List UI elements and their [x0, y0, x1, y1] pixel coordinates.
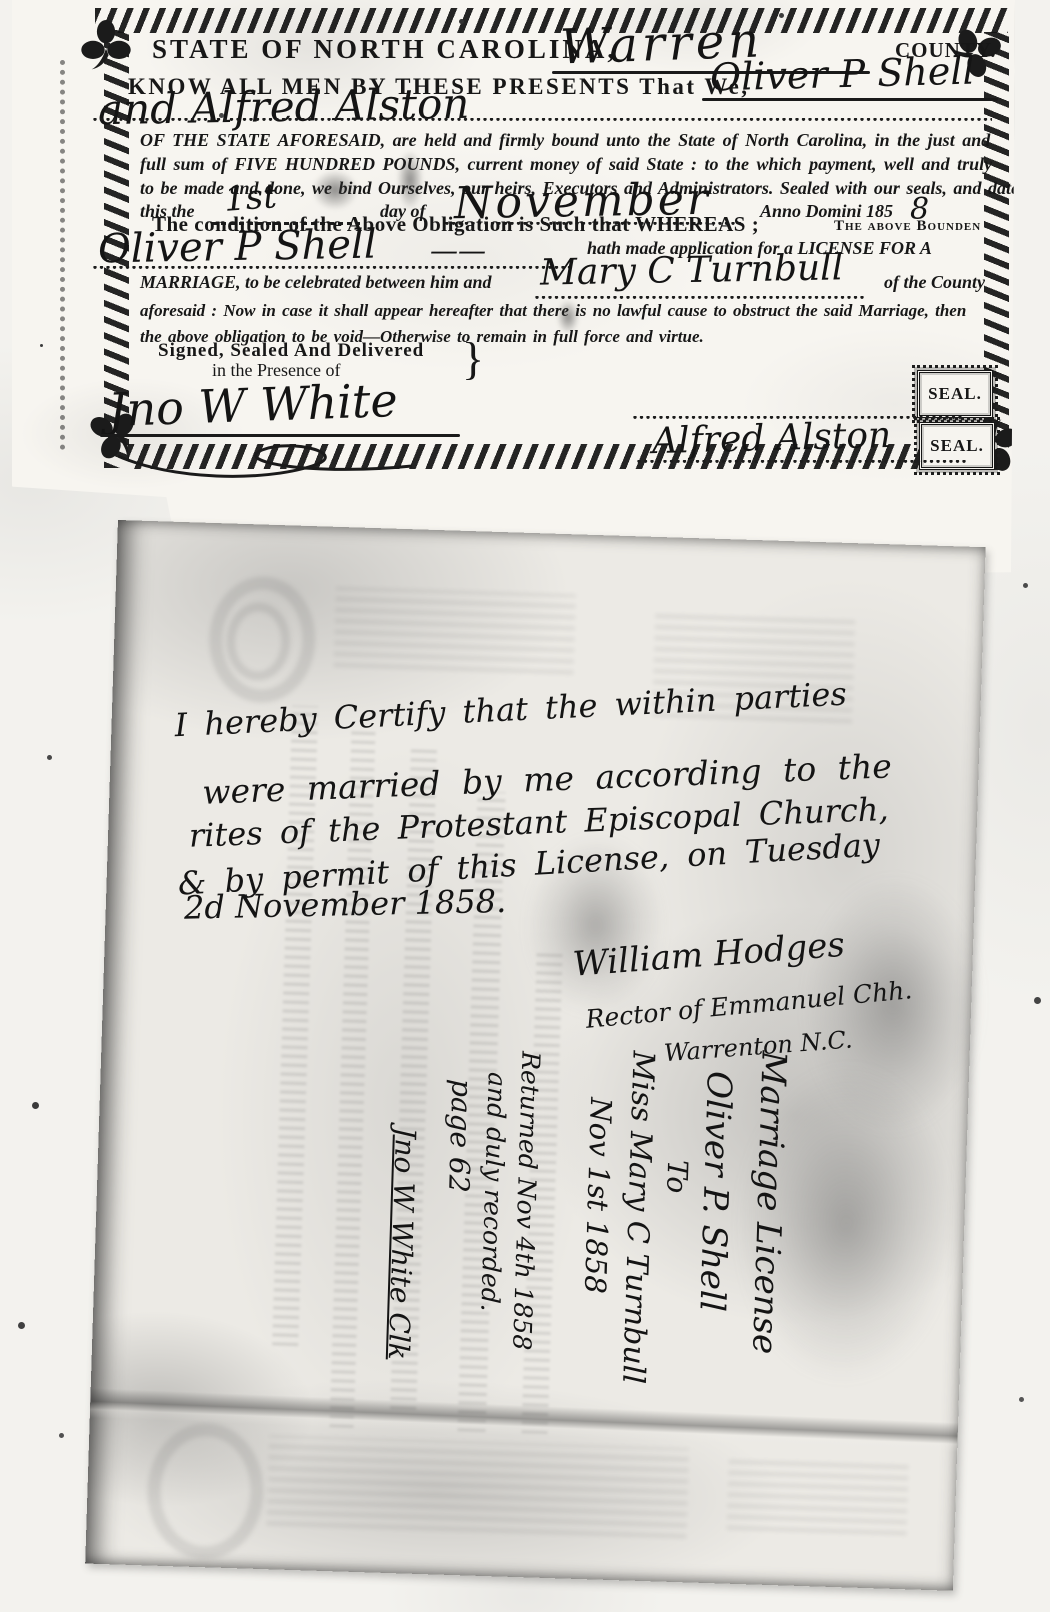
docket-groom-name: Oliver P. Shell [688, 1071, 739, 1410]
marriage-line-start: MARRIAGE, to be celebrated between him a… [140, 272, 492, 293]
bride-name-handwritten: Mary C Turnbull [540, 247, 844, 293]
seal-label: SEAL. [930, 436, 984, 456]
surety-wavy-line [92, 118, 992, 123]
bond-body-line-2: full sum of FIVE HUNDRED POUNDS, current… [140, 154, 992, 175]
corner-ornament-icon [80, 20, 132, 72]
scan-noise [40, 344, 43, 347]
seal-badge: SEAL. [917, 370, 993, 418]
bleedthrough-ornament [267, 1435, 690, 1538]
docket-returned-line-2: and duly recorded. [472, 1072, 511, 1403]
applicant-name-handwritten: Oliver P Shell [98, 222, 377, 273]
certificate-line-5: 2d November 1858. [184, 882, 507, 927]
bleedthrough-ornament [333, 587, 575, 674]
applicant-dash: —— [430, 234, 486, 267]
state-label: STATE OF NORTH CAROLINA, [152, 34, 617, 65]
signature-flourish [112, 436, 432, 482]
ink-smudge [557, 300, 579, 334]
bond-body-line-1: OF THE STATE AFORESAID, are held and fir… [140, 130, 990, 151]
docket-to-label: To [653, 1159, 694, 1408]
surety-line-handwritten: and Alfred Alston [98, 79, 470, 134]
presence-brace: } [462, 332, 484, 385]
seal-label: SEAL. [928, 384, 982, 404]
bounden-label: The above Bounden [834, 218, 981, 235]
docket-date: Nov 1st 1858 [574, 1097, 618, 1406]
surety-signature-line [636, 460, 966, 465]
ink-smudge [312, 170, 358, 210]
signed-sealed-label: Signed, Sealed And Delivered [158, 340, 424, 362]
witness-signature: Jno W White [107, 373, 398, 437]
docket-returned-line-1: Returned Nov 4th 1858 [505, 1051, 545, 1404]
principal-line [702, 98, 998, 101]
bleedthrough-ornament [145, 1421, 265, 1561]
surety-signature: Alfred Alston [652, 415, 892, 462]
docket-page-ref: page 62 [436, 1079, 479, 1402]
border-ribbon-top [95, 8, 1008, 33]
ink-smudge [397, 150, 423, 210]
marriage-bond-page: STATE OF NORTH CAROLINA, Warren COUNTY. … [12, 0, 1015, 578]
clause-line-1: aforesaid : Now in case it shall appear … [140, 301, 966, 321]
principal-name-handwritten: Oliver P Shell [709, 49, 975, 100]
docket: Marriage License Oliver P. Shell To Miss… [381, 1039, 794, 1411]
marriage-line-end: of the County [884, 272, 985, 293]
docket-bride-name: Miss Mary C Turnbull [614, 1050, 660, 1407]
certificate-page: I hereby Certify that the within parties… [85, 520, 985, 1591]
clerk-signature: Jno W White Clk [381, 1127, 423, 1400]
scanned-document: STATE OF NORTH CAROLINA, Warren COUNTY. … [0, 0, 1050, 1612]
applicant-wavy-line [92, 266, 572, 271]
bleedthrough-ornament [727, 1460, 909, 1536]
border-dots-left [60, 60, 65, 450]
